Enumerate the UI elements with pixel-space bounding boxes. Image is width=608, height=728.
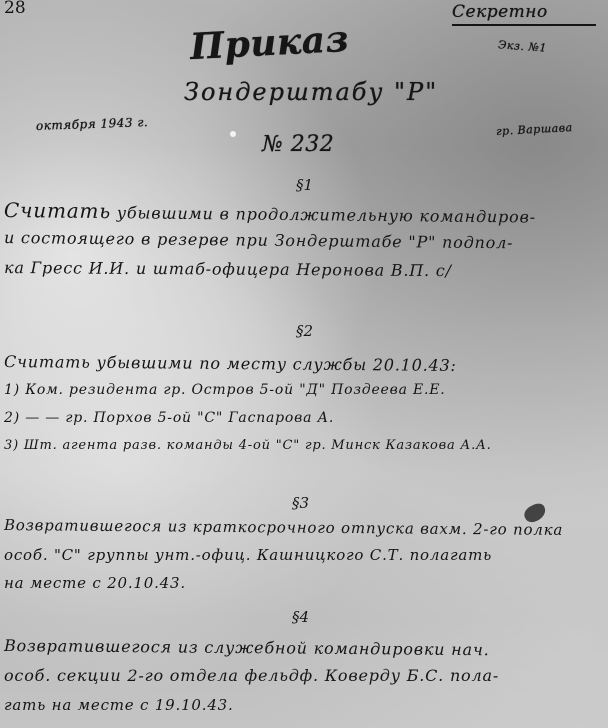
document-title: Приказ xyxy=(189,18,350,68)
section-1-number: §1 xyxy=(296,176,313,194)
section-3-line-2: особ. "С" группы унт.-офиц. Кашницкого С… xyxy=(4,546,492,564)
section-1-line-3: ка Гресс И.И. и штаб-офицера Неронова В.… xyxy=(4,258,452,280)
copy-number-note: Экз. №1 xyxy=(498,38,548,54)
order-number: № 232 xyxy=(262,132,334,157)
section-3-line-3: на месте с 20.10.43. xyxy=(4,574,186,592)
section-1-lead-word: Считать xyxy=(4,198,111,223)
scanned-document-page: 28 Секретно Экз. №1 Приказ Зондерштабу "… xyxy=(0,0,608,728)
section-3-line-1: Возвратившегося из краткосрочного отпуск… xyxy=(4,516,563,539)
issuer-line: Зондерштабу "Р" xyxy=(184,78,438,106)
section-2-item-3: 3) Шт. агента разв. команды 4-ой "С" гр.… xyxy=(4,438,492,453)
page-number: 28 xyxy=(4,0,26,18)
photo-speck xyxy=(230,131,236,137)
section-1-line-2: и состоящего в резерве при Зондерштабе "… xyxy=(4,228,514,252)
section-2-item-1: 1) Ком. резидента гр. Остров 5-ой "Д" По… xyxy=(4,382,446,398)
section-2-item-2: 2) — — гр. Порхов 5-ой "С" Гаспарова А. xyxy=(4,410,334,426)
section-1-line-1-rest: убывшими в продолжительную командиров- xyxy=(117,203,536,226)
classification-stamp: Секретно xyxy=(452,2,596,26)
section-4-line-1: Возвратившегося из служебной командировк… xyxy=(4,636,490,659)
document-date: октября 1943 г. xyxy=(36,115,149,133)
section-3-number: §3 xyxy=(292,494,309,512)
section-2-line-1: Считать убывшими по месту службы 20.10.4… xyxy=(4,352,457,375)
section-1-line-1: Считать убывшими в продолжительную коман… xyxy=(4,198,536,228)
section-4-line-2: особ. секции 2-го отдела фельдф. Коверду… xyxy=(4,666,499,685)
section-2-number: §2 xyxy=(296,322,313,340)
document-place: гр. Варшава xyxy=(496,121,573,138)
section-4-number: §4 xyxy=(292,608,309,626)
section-4-line-3: гать на месте с 19.10.43. xyxy=(4,696,234,714)
